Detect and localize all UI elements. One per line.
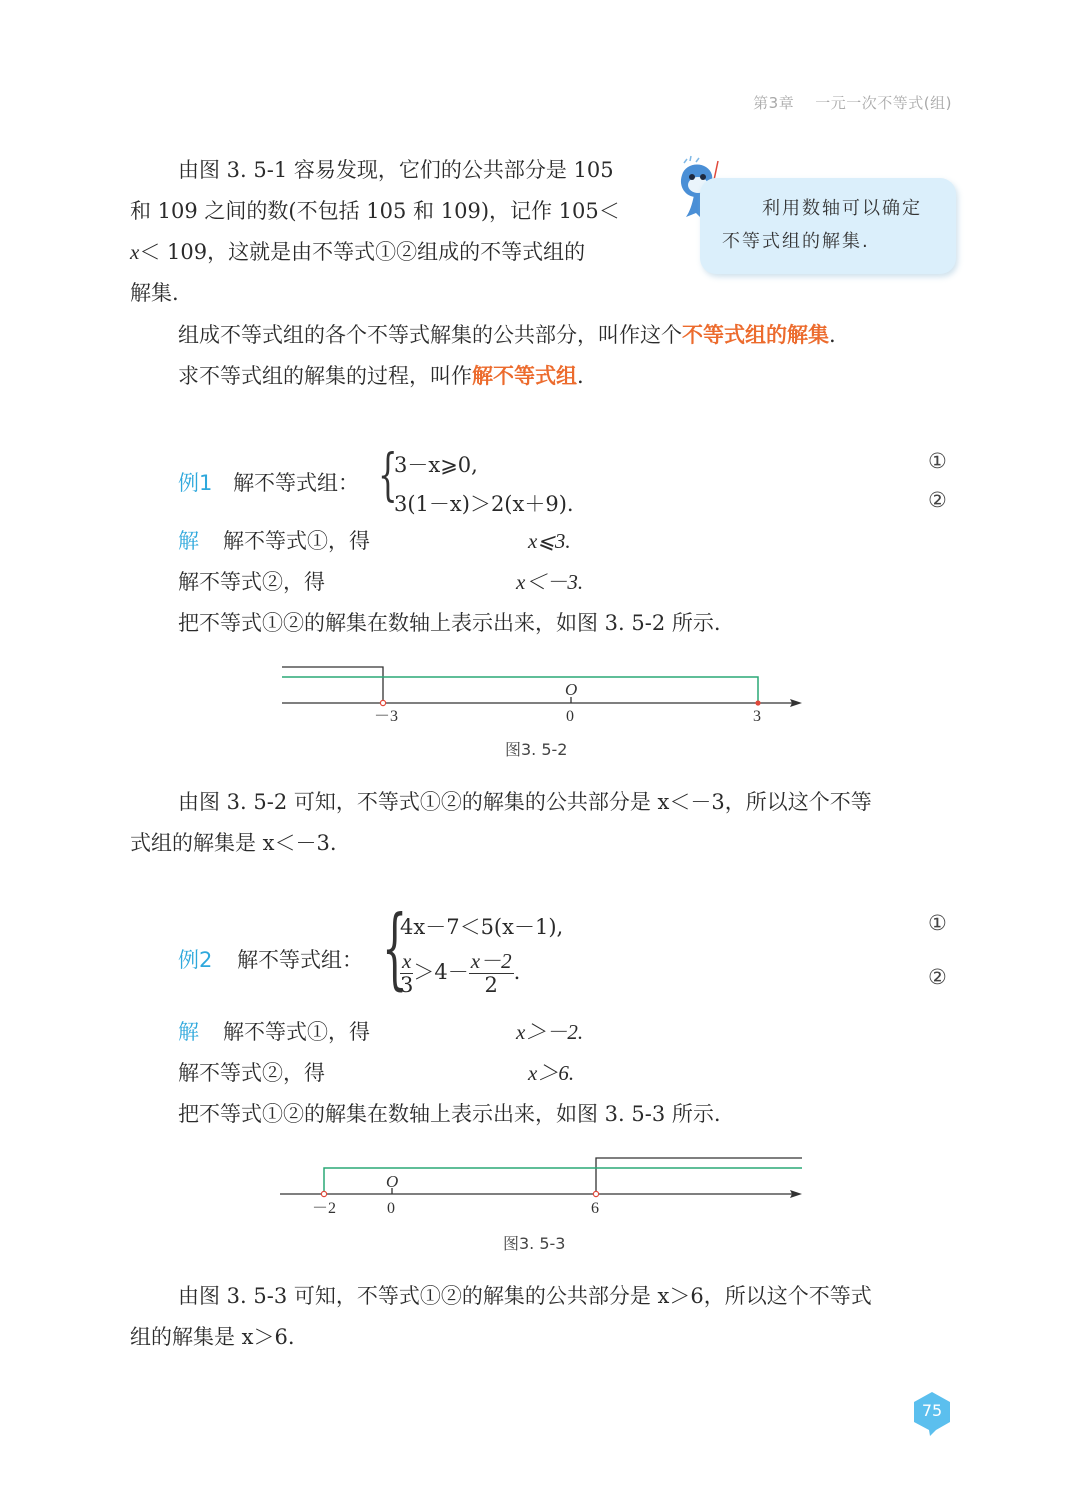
tick-label: 6 (591, 1200, 599, 1217)
tick-label: －3 (374, 708, 398, 725)
origin-label: O (386, 1172, 398, 1191)
tip-callout-text: 利用数轴可以确定 不等式组的解集. (722, 192, 922, 258)
step-text: 解不等式①，得 (223, 529, 370, 553)
fraction-x-over-3: x3 (400, 950, 413, 997)
definition-line-1: 组成不等式组的各个不等式解集的公共部分，叫作这个不等式组的解集. (178, 315, 836, 356)
intro-line-3: x＜ 109，这就是由不等式①②组成的不等式组的 (130, 232, 660, 273)
example2-mark2: ② (928, 965, 947, 989)
step-text: 解不等式②，得 (178, 570, 325, 594)
step-result: x＜－3. (516, 562, 583, 603)
conclusion-line-1: 由图 3. 5-3 可知，不等式①②的解集的公共部分是 x＞6，所以这个不等式 (130, 1276, 872, 1317)
conclusion-line-2: 组的解集是 x＞6. (130, 1317, 872, 1358)
example1-step2: 解不等式②，得x＜－3. (178, 562, 721, 603)
page-number: 75 (910, 1401, 954, 1420)
tick-label: 0 (566, 708, 574, 725)
intro-line-2: 和 109 之间的数(不包括 105 和 109)，记作 105＜ (130, 191, 660, 232)
intro-line-1: 由图 3. 5-1 容易发现，它们的公共部分是 105 (130, 150, 660, 191)
example2-prompt: 解不等式组： (237, 948, 363, 972)
period: . (577, 364, 584, 388)
conclusion-line-2: 式组的解集是 x＜－3. (130, 823, 872, 864)
solution-label: 解 (178, 529, 199, 553)
tip-callout: 利用数轴可以确定 不等式组的解集. (700, 178, 956, 274)
fraction-x-minus-2-over-2: x－22 (469, 950, 514, 997)
example2-step1: 解解不等式①，得x＞－2. (178, 1012, 721, 1053)
step-result: x＞－2. (516, 1012, 583, 1053)
example1-step1: 解解不等式①，得x⩽3. (178, 521, 721, 562)
step-text: 解不等式②，得 (178, 1061, 325, 1085)
number-line-figure-3-5-3: O －2 0 6 (270, 1150, 810, 1220)
example2-label: 例2 (178, 948, 212, 972)
example1-conclusion: 由图 3. 5-2 可知，不等式①②的解集的公共部分是 x＜－3，所以这个不等 … (130, 782, 872, 864)
example2-solution: 解解不等式①，得x＞－2. 解不等式②，得x＞6. 把不等式①②的解集在数轴上表… (178, 1012, 721, 1135)
example2-eq2: x3＞4－x－22. (400, 950, 520, 997)
intro-paragraph: 由图 3. 5-1 容易发现，它们的公共部分是 105 和 109 之间的数(不… (130, 150, 660, 314)
example1-label-row: 例1 解不等式组： (178, 467, 359, 497)
page-number-badge: 75 (910, 1390, 954, 1438)
intro-line-3-text: 这就是由不等式①②组成的不等式组的 (228, 240, 585, 264)
definition-paragraph: 组成不等式组的各个不等式解集的公共部分，叫作这个不等式组的解集. 求不等式组的解… (178, 315, 836, 397)
example2-label-row: 例2 解不等式组： (178, 944, 363, 974)
example2-conclusion: 由图 3. 5-3 可知，不等式①②的解集的公共部分是 x＞6，所以这个不等式 … (130, 1276, 872, 1358)
step-result: x＞6. (528, 1053, 574, 1094)
example2-eq1: 4x－7＜5(x－1), (400, 911, 563, 941)
solution-label: 解 (178, 1020, 199, 1044)
figure-caption-3-5-3: 图3. 5-3 (503, 1231, 566, 1254)
example2-step2: 解不等式②，得x＞6. (178, 1053, 721, 1094)
example1-mark2: ② (928, 488, 947, 512)
example1-prompt: 解不等式组： (233, 471, 359, 495)
definition-text: 求不等式组的解集的过程，叫作 (178, 364, 472, 388)
example1-step3: 把不等式①②的解集在数轴上表示出来，如图 3. 5-2 所示. (178, 603, 721, 644)
intro-line-4: 解集. (130, 273, 660, 314)
definition-text: 组成不等式组的各个不等式解集的公共部分，叫作这个 (178, 323, 682, 347)
number-line-figure-3-5-2: O －3 0 3 (270, 655, 810, 725)
chapter-title: 一元一次不等式(组) (815, 94, 952, 112)
example1-solution: 解解不等式①，得x⩽3. 解不等式②，得x＜－3. 把不等式①②的解集在数轴上表… (178, 521, 721, 644)
tick-label: －2 (312, 1200, 336, 1217)
step-result: x⩽3. (528, 521, 571, 562)
example2-step3: 把不等式①②的解集在数轴上表示出来，如图 3. 5-3 所示. (178, 1094, 721, 1135)
example2-mark1: ① (928, 911, 947, 935)
period: . (829, 323, 836, 347)
running-header: 第3章 一元一次不等式(组) (753, 92, 952, 113)
tip-line-2: 不等式组的解集. (722, 225, 922, 258)
figure-caption-3-5-2: 图3. 5-2 (505, 737, 568, 760)
var-x: x (130, 240, 139, 264)
term-solution-set: 不等式组的解集 (682, 323, 829, 347)
tip-line-1: 利用数轴可以确定 (722, 192, 922, 225)
intro-ineq: ＜ 109， (139, 240, 228, 264)
tick-label: 3 (753, 708, 761, 725)
origin-label: O (565, 680, 577, 699)
conclusion-line-1: 由图 3. 5-2 可知，不等式①②的解集的公共部分是 x＜－3，所以这个不等 (130, 782, 872, 823)
example1-eq1: 3－x⩾0, (394, 449, 478, 479)
step-text: 解不等式①，得 (223, 1020, 370, 1044)
example1-mark1: ① (928, 449, 947, 473)
example1-eq2: 3(1－x)＞2(x＋9). (394, 488, 574, 518)
term-solve-system: 解不等式组 (472, 364, 577, 388)
example1-label: 例1 (178, 471, 212, 495)
tick-label: 0 (387, 1200, 395, 1217)
definition-line-2: 求不等式组的解集的过程，叫作解不等式组. (178, 356, 836, 397)
eq-mid: ＞4－ (413, 960, 468, 984)
chapter-number: 第3章 (753, 94, 794, 112)
